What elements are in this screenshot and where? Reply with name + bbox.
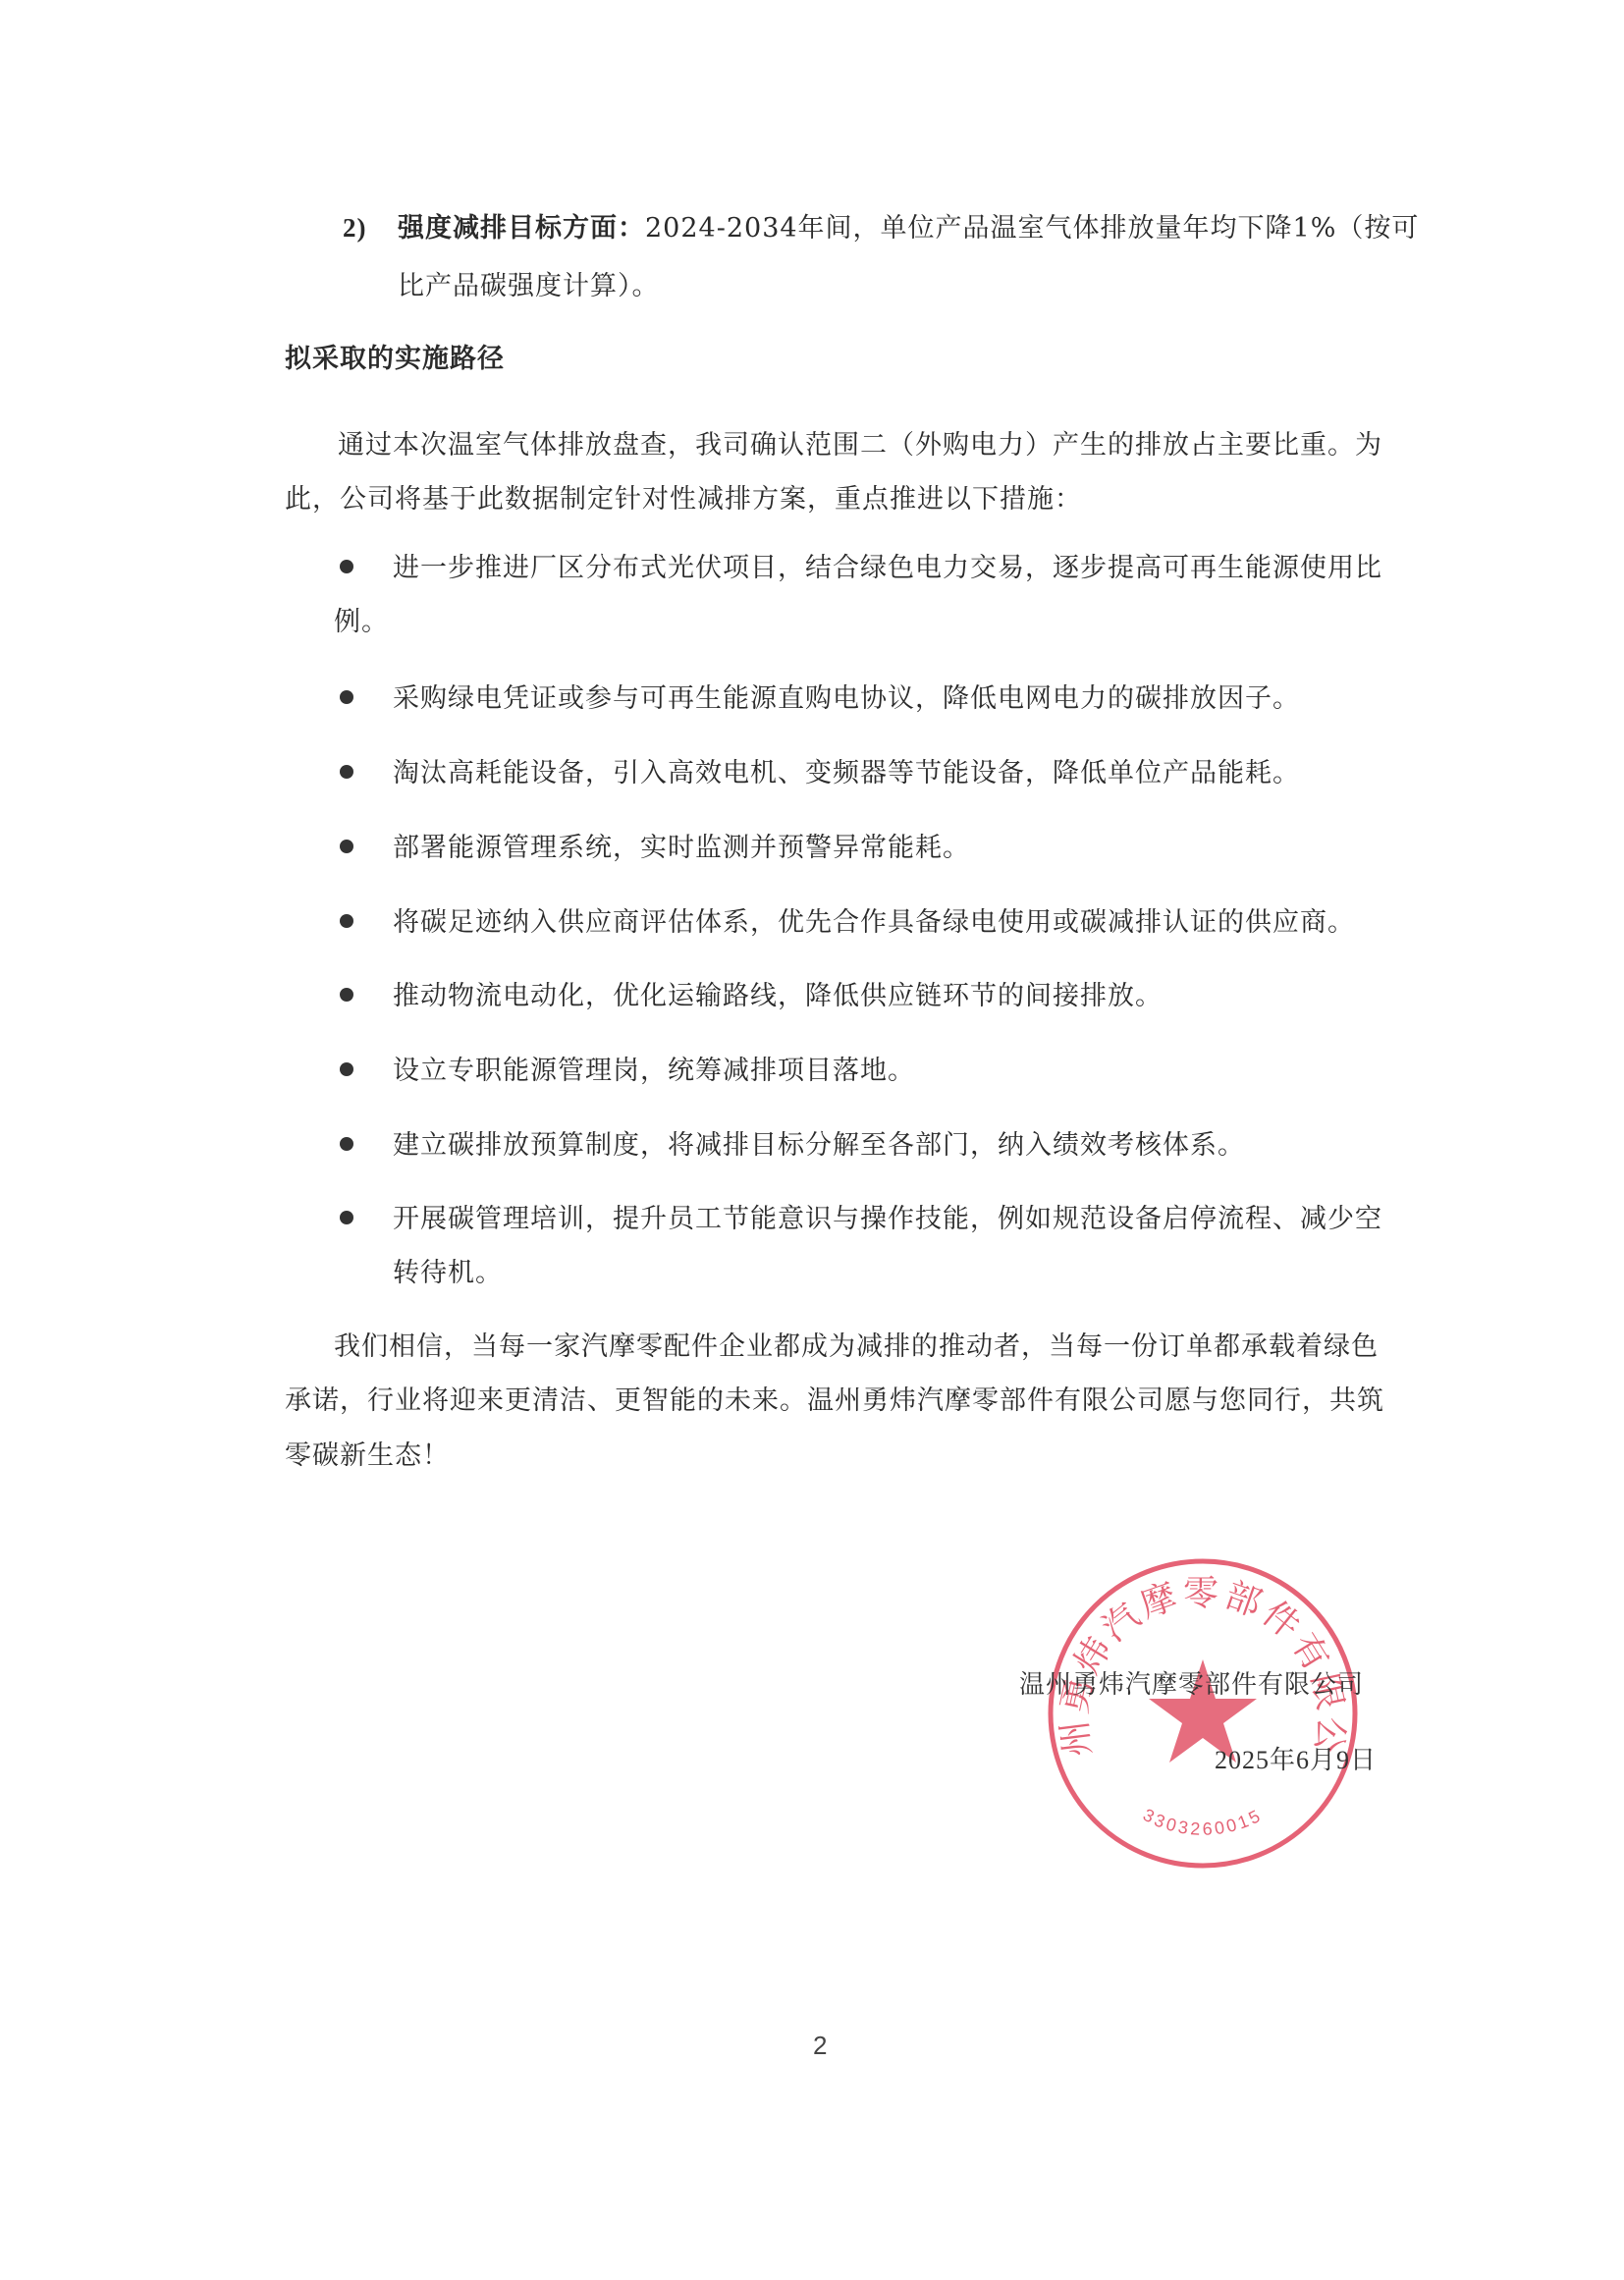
measure-item-cont: 例。 [334, 609, 389, 635]
bullet-icon [340, 988, 353, 1002]
closing-line1: 我们相信，当每一家汽摩零配件企业都成为减排的推动者，当每一份订单都承载着绿色 [334, 1333, 1379, 1360]
measure-item: 淘汰高耗能设备，引入高效电机、变频器等节能设备，降低单位产品能耗。 [393, 760, 1300, 787]
page-number: 2 [813, 2031, 827, 2061]
bullet-icon [340, 765, 353, 779]
intensity-target-line2: 比产品碳强度计算）。 [398, 273, 660, 299]
bullet-icon [340, 690, 353, 704]
document-page: 2) 强度减排目标方面：2024-2034年间，单位产品温室气体排放量年均下降1… [0, 0, 1624, 2280]
measure-item-cont: 转待机。 [393, 1260, 503, 1286]
bullet-icon [340, 840, 353, 853]
measure-item: 推动物流电动化，优化运输路线，降低供应链环节的间接排放。 [393, 983, 1163, 1009]
bullet-icon [340, 914, 353, 928]
list-number: 2) [343, 215, 367, 242]
measure-item: 开展碳管理培训，提升员工节能意识与操作技能，例如规范设备启停流程、减少空 [393, 1206, 1382, 1232]
intro-line2: 此，公司将基于此数据制定针对性减排方案，重点推进以下措施： [285, 486, 1082, 513]
closing-line2: 承诺，行业将迎来更清洁、更智能的未来。温州勇炜汽摩零部件有限公司愿与您同行，共筑 [285, 1387, 1384, 1414]
measure-item: 建立碳排放预算制度，将减排目标分解至各部门，纳入绩效考核体系。 [393, 1132, 1245, 1159]
bullet-icon [340, 1062, 353, 1076]
measure-item: 进一步推进厂区分布式光伏项目，结合绿色电力交易，逐步提高可再生能源使用比 [393, 555, 1382, 581]
bullet-icon [340, 560, 353, 573]
closing-line3: 零碳新生态！ [285, 1442, 450, 1469]
measure-item: 将碳足迹纳入供应商评估体系，优先合作具备绿电使用或碳减排认证的供应商。 [393, 909, 1355, 936]
measure-item: 采购绿电凭证或参与可再生能源直购电协议，降低电网电力的碳排放因子。 [393, 685, 1300, 712]
bullet-icon [340, 1211, 353, 1224]
company-seal-icon: 温州勇炜汽摩零部件有限公司 3303260015 [1041, 1551, 1365, 1875]
intro-line1: 通过本次温室气体排放盘查，我司确认范围二（外购电力）产生的排放占主要比重。为 [338, 432, 1382, 459]
measure-item: 部署能源管理系统，实时监测并预警异常能耗。 [393, 835, 970, 861]
intensity-target-heading: 强度减排目标方面： [398, 213, 645, 244]
intensity-target-text: 2024-2034年间，单位产品温室气体排放量年均下降1%（按可 [645, 213, 1419, 244]
bullet-icon [340, 1137, 353, 1151]
measure-item: 设立专职能源管理岗，统筹减排项目落地。 [393, 1058, 915, 1084]
svg-text:3303260015: 3303260015 [1140, 1805, 1266, 1839]
signature-company: 温州勇炜汽摩零部件有限公司 [1019, 1672, 1364, 1698]
intensity-target-line1: 强度减排目标方面：2024-2034年间，单位产品温室气体排放量年均下降1%（按… [398, 215, 1419, 242]
signature-date: 2025年6月9日 [1215, 1748, 1377, 1773]
section-title: 拟采取的实施路径 [285, 346, 505, 372]
